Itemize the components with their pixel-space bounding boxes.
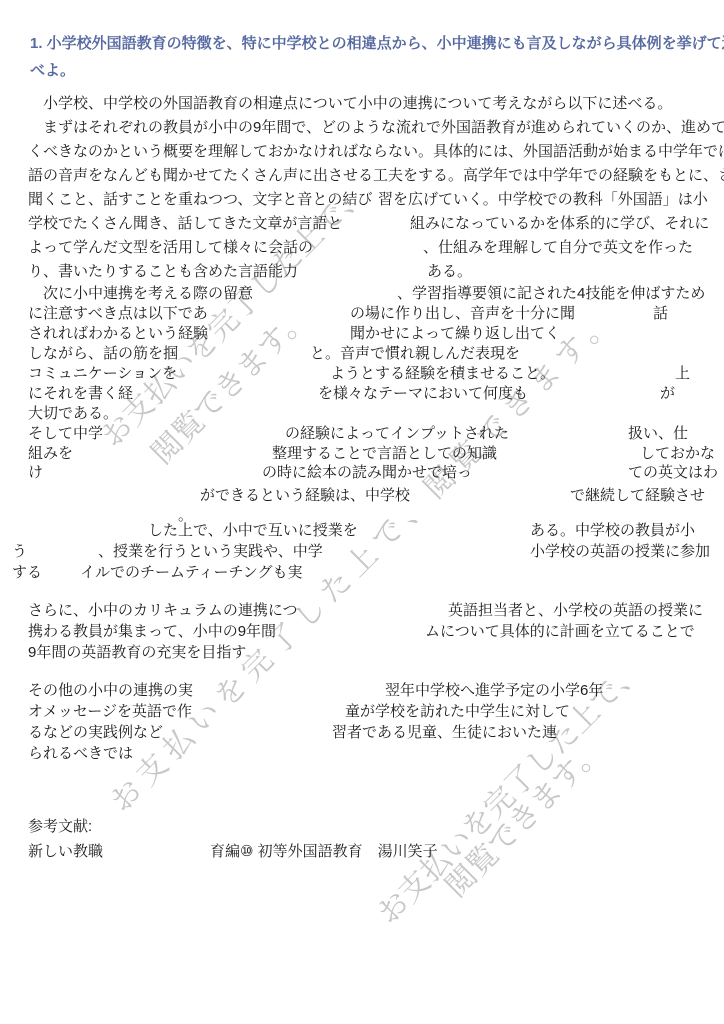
text-fragment: くべきなのかという概要を理解しておかなければならない。具体的には、外国語活動が始… [28, 141, 724, 162]
text-fragment: まずはそれぞれの教員が小中の9年間で、どのような流れで外国語教育が進められていく… [28, 117, 724, 138]
text-line: 次に小中連携を考える際の留意、学習指導要領に記された4技能を伸ばすため [0, 283, 724, 304]
text-line: 大切である。 [0, 403, 724, 424]
text-fragment: 、授業を行うという実践や、中学 [98, 541, 323, 562]
text-fragment: を様々なテーマにおいて何度も [318, 383, 528, 404]
text-fragment: に注意すべき点は以下であ [28, 303, 208, 324]
text-line: まずはそれぞれの教員が小中の9年間で、どのような流れで外国語教育が進められていく… [0, 117, 724, 138]
text-fragment: 習を広げていく。中学校での教科「外国語」は小 [378, 189, 708, 210]
text-fragment: 組みになっているかを体系的に学び、それに [410, 213, 709, 234]
text-fragment: 英語担当者と、小学校の英語の授業に [448, 600, 703, 621]
text-line: 携わる教員が集まって、小中の9年間ムについて具体的に計画を立てることで [0, 621, 724, 642]
text-fragment: 大切である。 [28, 403, 118, 424]
text-fragment: 聞かせによって繰り返し出てく [350, 323, 560, 344]
text-fragment: 童が学校を訪れた中学生に対して [345, 701, 570, 722]
text-line: に注意すべき点は以下であの場に作り出し、音声を十分に聞話 [0, 303, 724, 324]
text-fragment: ある。 [427, 261, 472, 282]
text-fragment: よって学んだ文型を活用して様々に会話の [28, 237, 313, 258]
text-line: るなどの実践例など習者である児童、生徒においた連 [0, 722, 724, 743]
text-fragment: ムについて具体的に計画を立てることで [425, 621, 695, 642]
text-line: 語の音声をなんども聞かせてたくさん声に出させる工夫をする。高学年では中学年での経… [0, 165, 724, 186]
text-line: 新しい教職育編⑩ 初等外国語教育 湯川笑子 [0, 841, 724, 862]
text-line: くべきなのかという概要を理解しておかなければならない。具体的には、外国語活動が始… [0, 141, 724, 162]
text-line: 組みを整理することで言語としての知識しておかな [0, 443, 724, 464]
text-fragment: 、仕組みを理解して自分で英文を作った [423, 237, 693, 258]
text-fragment: の経験によってインプットされた [285, 423, 509, 444]
text-fragment: ができるという経験は、中学校 [200, 485, 410, 506]
text-line: そして中学の経験によってインプットされた扱い、仕 [0, 423, 724, 444]
text-fragment: 新しい教職 [28, 841, 103, 862]
text-line: 9年間の英語教育の充実を目指す [0, 642, 724, 663]
text-fragment: られるべきでは [28, 743, 133, 764]
text-fragment: け [28, 462, 43, 483]
text-fragment: 整理することで言語としての知識 [272, 443, 497, 464]
text-fragment: 次に小中連携を考える際の留意 [28, 283, 253, 304]
text-fragment: 語の音声をなんども聞かせてたくさん声に出させる工夫をする。高学年では中学年での経… [28, 165, 724, 186]
text-line: けの時に絵本の読み聞かせで培っての英文はわ [0, 462, 724, 483]
text-fragment: 、学習指導要領に記された4技能を伸ばすため [397, 283, 705, 304]
text-fragment: 育編⑩ 初等外国語教育 湯川笑子 [210, 841, 438, 862]
text-fragment: う [12, 541, 27, 562]
text-fragment: コミュニケーションを [28, 363, 177, 384]
text-fragment: 扱い、仕 [628, 423, 688, 444]
text-fragment: ある。中学校の教員が小 [530, 520, 695, 541]
text-fragment: 聞くこと、話すことを重ねつつ、文字と音との結び [28, 189, 372, 210]
document-page: お支払いを完了した上で、閲覧できます。お支払いを完了した上で、閲覧できます。お支… [0, 0, 724, 1024]
text-fragment: 上 [675, 363, 690, 384]
text-fragment: オメッセージを英語で作 [28, 701, 192, 722]
text-fragment: 学校でたくさん聞き、話してきた文章が言語と [28, 213, 342, 234]
text-fragment: るなどの実践例など [28, 722, 163, 743]
text-fragment: 話 [653, 303, 668, 324]
text-fragment: する [12, 562, 42, 583]
text-line: オメッセージを英語で作童が学校を訪れた中学生に対して [0, 701, 724, 722]
text-fragment: にそれを書く経 [28, 383, 133, 404]
text-fragment: 翌年中学校へ進学予定の小学6年 [385, 680, 603, 701]
text-line: 参考文献: [0, 816, 724, 837]
text-line: り、書いたりすることも含めた言語能力ある。 [0, 261, 724, 282]
text-fragment: した上で、小中で互いに授業を [148, 520, 358, 541]
text-line: う、授業を行うという実践や、中学小学校の英語の授業に参加 [0, 541, 724, 562]
text-fragment: そして中学 [28, 423, 103, 444]
text-line: 聞くこと、話すことを重ねつつ、文字と音との結び習を広げていく。中学校での教科「外… [0, 189, 724, 210]
text-fragment: 習者である児童、生徒においた連 [332, 722, 557, 743]
text-line: さらに、小中のカリキュラムの連携につ英語担当者と、小学校の英語の授業に [0, 600, 724, 621]
text-fragment: 小学校の英語の授業に参加 [530, 541, 710, 562]
text-line: にそれを書く経を様々なテーマにおいて何度もが [0, 383, 724, 404]
text-fragment: 小学校、中学校の外国語教育の相違点について小中の連携について考えながら以下に述べ… [28, 93, 672, 114]
text-fragment: さらに、小中のカリキュラムの連携につ [28, 600, 298, 621]
text-line: しながら、話の筋を掴と。音声で慣れ親しんだ表現を [0, 343, 724, 364]
text-fragment: しておかな [640, 443, 715, 464]
text-fragment: 参考文献: [28, 816, 92, 837]
text-line: するイルでのチームティーチングも実 [0, 562, 724, 583]
text-fragment: ようとする経験を積ませること。 [330, 363, 555, 384]
text-line: 小学校、中学校の外国語教育の相違点について小中の連携について考えながら以下に述べ… [0, 93, 724, 114]
text-fragment: で継続して経験させ [570, 485, 705, 506]
text-fragment: ての英文はわ [628, 462, 718, 483]
text-line: よって学んだ文型を活用して様々に会話の、仕組みを理解して自分で英文を作った [0, 237, 724, 258]
text-line: ができるという経験は、中学校で継続して経験させ [0, 485, 724, 506]
text-fragment: り、書いたりすることも含めた言語能力 [28, 261, 298, 282]
text-fragment: イルでのチームティーチングも実 [80, 562, 302, 583]
text-line: した上で、小中で互いに授業をある。中学校の教員が小 [0, 520, 724, 541]
text-fragment: 組みを [28, 443, 73, 464]
text-fragment: その他の小中の連携の実 [28, 680, 193, 701]
text-line: その他の小中の連携の実翌年中学校へ進学予定の小学6年 [0, 680, 724, 701]
text-fragment: の場に作り出し、音声を十分に聞 [350, 303, 575, 324]
text-line: られるべきでは [0, 743, 724, 764]
text-fragment: されればわかるという経験 [28, 323, 208, 344]
text-fragment: しながら、話の筋を掴 [28, 343, 178, 364]
text-fragment: と。音声で慣れ親しんだ表現を [310, 343, 520, 364]
text-line: コミュニケーションをようとする経験を積ませること。上 [0, 363, 724, 384]
text-line: されればわかるという経験聞かせによって繰り返し出てく [0, 323, 724, 344]
text-line: 学校でたくさん聞き、話してきた文章が言語と組みになっているかを体系的に学び、それ… [0, 213, 724, 234]
text-fragment: の時に絵本の読み聞かせで培っ [262, 462, 472, 483]
text-fragment: が [660, 383, 675, 404]
answer-body: 小学校、中学校の外国語教育の相違点について小中の連携について考えながら以下に述べ… [0, 0, 724, 1024]
text-fragment: 携わる教員が集まって、小中の9年間 [28, 621, 276, 642]
text-fragment: 9年間の英語教育の充実を目指す [28, 642, 246, 663]
